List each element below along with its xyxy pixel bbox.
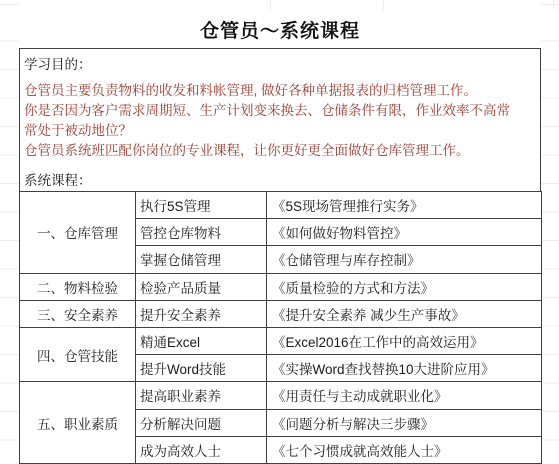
intro-line: 仓管员主要负责物料的收发和料帐管理, 做好各种单据报表的归档管理工作。 xyxy=(24,81,535,101)
course-table-body: 一、仓库管理执行5S管理《5S现场管理推行实务》管控仓库物料《如何做好物料管控》… xyxy=(20,192,542,464)
skill-cell[interactable]: 分析解决问题 xyxy=(136,409,267,436)
skill-cell[interactable]: 提升Word技能 xyxy=(136,355,267,382)
table-row: 一、仓库管理执行5S管理《5S现场管理推行实务》 xyxy=(20,192,542,219)
course-cell[interactable]: 《提升安全素养 减少生产事故》 xyxy=(267,300,542,327)
table-row: 四、仓管技能精通Excel《Excel2016在工作中的高效运用》 xyxy=(20,327,542,354)
learning-goal-cell[interactable]: 学习目的： xyxy=(19,48,541,78)
skill-cell[interactable]: 检验产品质量 xyxy=(136,273,267,300)
gridline xyxy=(553,0,554,10)
right-margin-gridlines xyxy=(541,0,559,464)
category-cell[interactable]: 四、仓管技能 xyxy=(20,327,136,381)
course-cell[interactable]: 《七个习惯成就高效能人士》 xyxy=(267,436,542,463)
course-cell[interactable]: 《用责任与主动成就职业化》 xyxy=(267,382,542,409)
skill-cell[interactable]: 提升安全素养 xyxy=(136,300,267,327)
skill-cell[interactable]: 掌握仓储管理 xyxy=(136,246,267,273)
category-cell[interactable]: 一、仓库管理 xyxy=(20,192,136,274)
table-row: 三、安全素养提升安全素养《提升安全素养 减少生产事故》 xyxy=(20,300,542,327)
course-cell[interactable]: 《仓储管理与库存控制》 xyxy=(267,246,542,273)
course-table: 一、仓库管理执行5S管理《5S现场管理推行实务》管控仓库物料《如何做好物料管控》… xyxy=(19,191,542,464)
course-cell[interactable]: 《如何做好物料管控》 xyxy=(267,219,542,246)
spreadsheet-sheet: 仓管员～系统课程 学习目的： 仓管员主要负责物料的收发和料帐管理, 做好各种单据… xyxy=(0,0,559,464)
course-label-cell[interactable]: 系统课程： xyxy=(19,166,541,192)
intro-line: 你是否因为客户需求周期短、生产计划变来换去、仓储条件有限，作业效率不高常 xyxy=(24,101,535,121)
course-cell[interactable]: 《5S现场管理推行实务》 xyxy=(267,192,542,219)
course-cell[interactable]: 《Excel2016在工作中的高效运用》 xyxy=(267,327,542,354)
intro-line: 常处于被动地位？ xyxy=(24,121,535,141)
skill-cell[interactable]: 管控仓库物料 xyxy=(136,219,267,246)
category-cell[interactable]: 三、安全素养 xyxy=(20,300,136,327)
intro-paragraph[interactable]: 仓管员主要负责物料的收发和料帐管理, 做好各种单据报表的归档管理工作。你是否因为… xyxy=(19,77,541,167)
table-row: 二、物料检验检验产品质量《质量检验的方式和方法》 xyxy=(20,273,542,300)
skill-cell[interactable]: 成为高效人士 xyxy=(136,436,267,463)
category-cell[interactable]: 五、职业素质 xyxy=(20,382,136,464)
intro-line: 仓管员系统班匹配你岗位的专业课程，让你更好更全面做好仓库管理工作。 xyxy=(24,141,535,161)
top-margin-gridlines xyxy=(0,0,559,10)
page-title: 仓管员～系统课程 xyxy=(19,10,541,48)
course-cell[interactable]: 《问题分析与解决三步骤》 xyxy=(267,409,542,436)
course-cell[interactable]: 《质量检验的方式和方法》 xyxy=(267,273,542,300)
skill-cell[interactable]: 提高职业素养 xyxy=(136,382,267,409)
skill-cell[interactable]: 精通Excel xyxy=(136,327,267,354)
category-cell[interactable]: 二、物料检验 xyxy=(20,273,136,300)
left-margin-gridlines xyxy=(0,0,19,464)
course-cell[interactable]: 《实操Word查找替换10大进阶应用》 xyxy=(267,355,542,382)
gridline xyxy=(270,0,271,10)
skill-cell[interactable]: 执行5S管理 xyxy=(136,192,267,219)
gridline xyxy=(383,0,384,10)
table-row: 五、职业素质提高职业素养《用责任与主动成就职业化》 xyxy=(20,382,542,409)
